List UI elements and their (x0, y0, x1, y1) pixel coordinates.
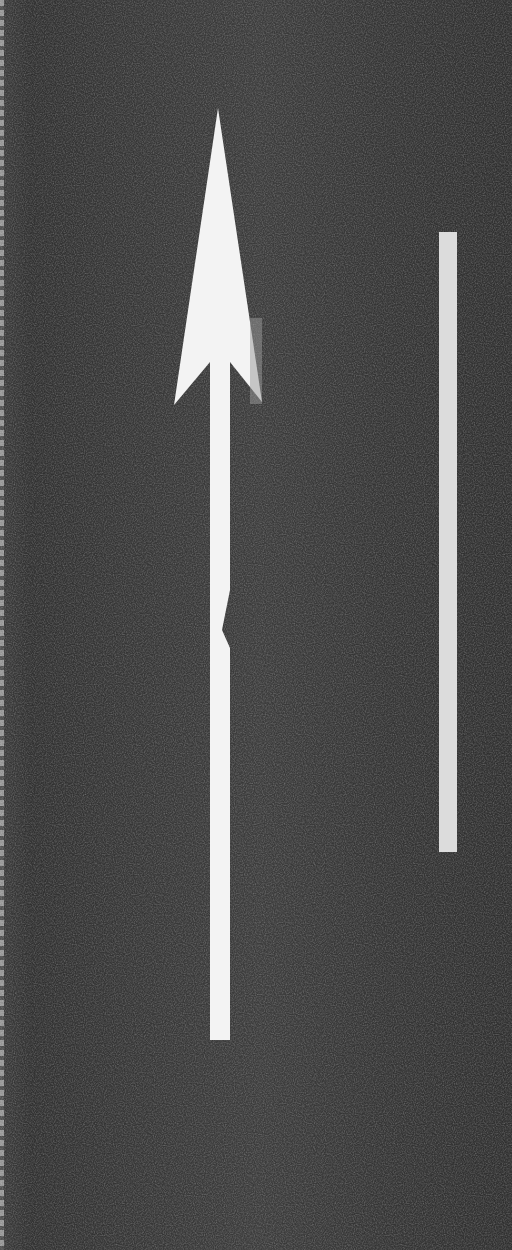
road-markings (0, 0, 512, 1250)
lane-line-segment (439, 232, 457, 852)
asphalt-road (0, 0, 512, 1250)
arrow-shadow (250, 318, 262, 404)
asphalt-texture (0, 0, 512, 1250)
